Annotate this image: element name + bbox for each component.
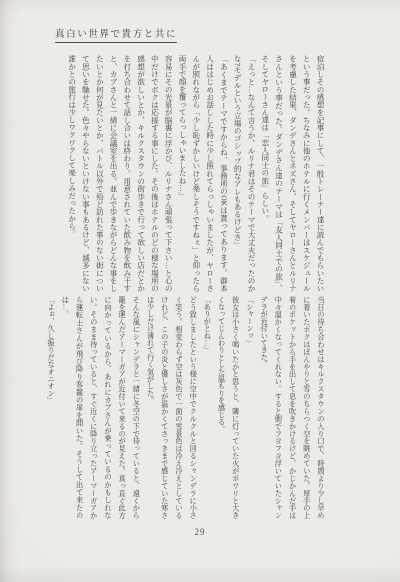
paragraph: 当日の待ち合わせはキルクスタウンの入り口で、時間より少し早めに着いたボクはぼんや… [257, 296, 328, 519]
running-header-title: 真白い世界で貴方と共に [55, 26, 177, 43]
paragraph: 「えっと…なんて言うか、ルリナ君はそのテーマで大丈夫だったのかな?モデルという立… [230, 55, 258, 292]
text-section-lower: 当日の待ち合わせはキルクスタウンの入り口で、時間より少し早めに着いたボクはぼんや… [46, 296, 328, 519]
text-section-upper: 宿泊しその感想を記事にして、一般トレーナー達に読んでもらいたいという事だった。ち… [49, 55, 327, 292]
paragraph: 容易にその光景が脳裏に浮かび、ルリナさん頑張って下さい…と心の中だけでボクは応援… [65, 55, 175, 292]
book-page: 真白い世界で貴方と共に 宿泊しその感想を記事にして、一般トレーナー達に読んでもら… [0, 0, 400, 582]
paragraph: 「よぉ、久し振りだなオニオン」 [44, 296, 58, 519]
page-number: 29 [0, 527, 400, 537]
paragraph: どう致しましたという様に空中でクルクルと回るシャンデラに小さく笑う。相変わらず空… [143, 296, 200, 519]
paragraph: そんな風にシャンデラと一緒に冬空の下で待っていると、遠くから籠を運んだアーマーガ… [58, 296, 143, 519]
paragraph: 彼女は小さく鳴いたかと思うと、隣に灯っていた火がポワリと大きくなってじんわりとし… [214, 296, 242, 519]
paragraph: 宿泊しその感想を記事にして、一般トレーナー達に読んでもらいたいという事だった。ち… [258, 55, 327, 292]
paragraph: 「あくまでテーマですからね、事務所のOKは貰ってあります。御本人ははじめお話しし… [175, 55, 230, 292]
paragraph: 「シャーンッ」 [243, 296, 257, 519]
paragraph: 「ありがとね…」 [200, 296, 214, 519]
